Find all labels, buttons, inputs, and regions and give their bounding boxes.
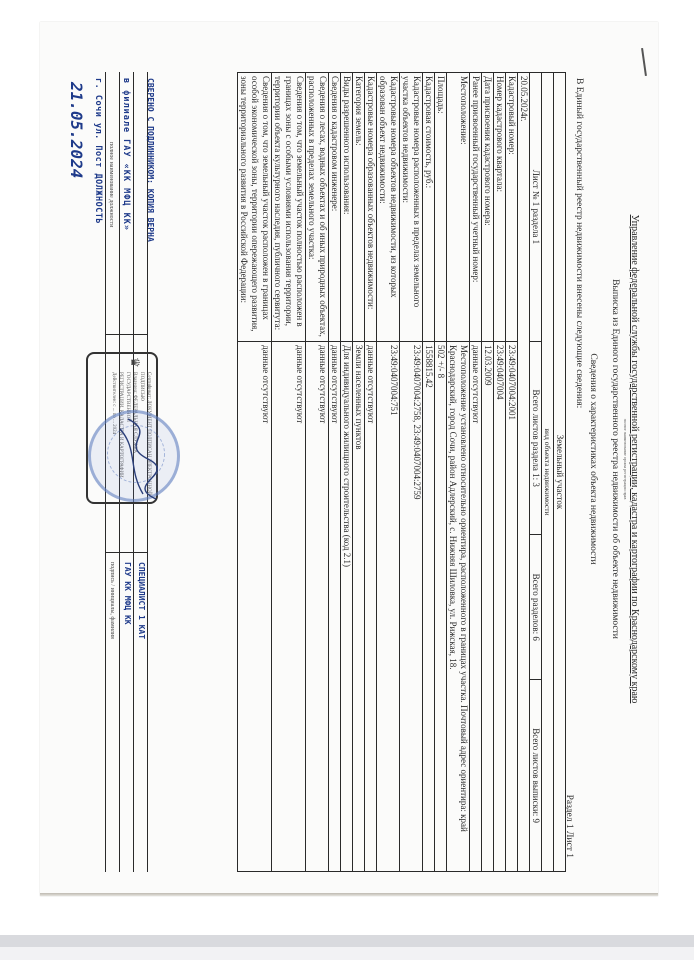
organization-stamp: ГАУ КК МФЦ КК: [123, 562, 132, 625]
object-type-caption: вид объекта недвижимости: [542, 73, 554, 872]
table-row: Кадастровая стоимость, руб.:1558815.42: [423, 73, 435, 872]
row-value: 12.03.2009: [482, 342, 494, 872]
table-row: Категория земель:Земли населенных пункто…: [353, 73, 365, 872]
row-label: Площадь:: [435, 73, 447, 342]
row-label: Сведения о кадастровом инженере:: [329, 73, 341, 342]
authority-name: Управление федеральной службы государств…: [629, 22, 640, 896]
row-label: Категория земель:: [353, 73, 365, 342]
total-sections: Всего разделов: 6: [530, 535, 542, 680]
table-row: Сведения о том, что земельный участок по…: [272, 73, 306, 872]
row-value: данные отсутствуют: [470, 342, 482, 872]
row-value: Земли населенных пунктов: [353, 342, 365, 872]
coat-of-arms-icon: ♛: [131, 357, 138, 368]
row-value: 23:49:0407004: [494, 342, 506, 872]
table-row: Площадь:502 +/- 8: [435, 73, 447, 872]
address-stamp: г. Сочи ул. Пост ДОЛЖНОСТЬ: [93, 78, 103, 224]
row-value: 1558815.42: [423, 342, 435, 872]
property-rows: Кадастровый номер:23:49:0407004:2001Номе…: [238, 73, 518, 872]
table-row: Ранее присвоенный государственный учетны…: [470, 73, 482, 872]
row-label: Кадастровая стоимость, руб.:: [423, 73, 435, 342]
table-row: Кадастровые номера образованных объектов…: [365, 73, 377, 872]
signature-icon: [108, 414, 168, 504]
row-value: 23:49:0407004:2001: [506, 342, 518, 872]
table-row: Номер кадастрового квартала:23:49:040700…: [494, 73, 506, 872]
row-value: данные отсутствуют: [272, 342, 306, 872]
row-label: Кадастровые номера объектов недвижимости…: [377, 73, 400, 342]
row-label: Местоположение:: [447, 73, 470, 342]
property-table: Земельный участок вид объекта недвижимос…: [237, 72, 566, 872]
row-label: Сведения о лесах, водных объектах и об и…: [306, 73, 329, 342]
specialist-stamp: СПЕЦИАЛИСТ 1 КАТ: [137, 562, 146, 639]
row-label: Кадастровый номер:: [506, 73, 518, 342]
sheet-info-row: Лист № 1 раздела 1 Всего листов раздела …: [530, 73, 542, 872]
surname-caption: подпись / инициалы, фамилия: [109, 562, 118, 639]
table-row: Дата присвоения кадастрового номера:12.0…: [482, 73, 494, 872]
row-label: Сведения о том, что земельный участок ра…: [238, 73, 272, 342]
row-value: Местоположение установлено относительно …: [447, 342, 470, 872]
table-row: Кадастровые номера расположенных в преде…: [400, 73, 423, 872]
authority-caption: полное наименование органа регистрации п…: [623, 22, 628, 896]
surname-caption-text: подпись / инициалы, фамилия: [109, 562, 115, 639]
row-value: 23:49:0407004:2758, 23:49:0407004:2759: [400, 342, 423, 872]
row-value: данные отсутствуют: [329, 342, 341, 872]
object-type-row: Земельный участок: [554, 73, 566, 872]
total-sheets-extract: Всего листов выписки: 9: [530, 680, 542, 872]
row-label: Кадастровые номера образованных объектов…: [365, 73, 377, 342]
table-row: Сведения о кадастровом инженере:данные о…: [329, 73, 341, 872]
intro-text: В Единый государственный реестр недвижим…: [574, 78, 584, 408]
row-value: данные отсутствуют: [306, 342, 329, 872]
row-value: данные отсутствуют: [365, 342, 377, 872]
position-caption: полное наименование должности: [108, 142, 114, 227]
table-row: Сведения о том, что земельный участок ра…: [238, 73, 272, 872]
total-sheets-section: Всего листов раздела 1: 3: [530, 342, 542, 535]
document-subtitle: Сведения о характеристиках объекта недви…: [588, 22, 598, 896]
row-label: Ранее присвоенный государственный учетны…: [470, 73, 482, 342]
document-title: Выписка из Единого государственного реес…: [610, 22, 620, 896]
handwritten-date: 21.05.2024: [67, 82, 86, 178]
row-label: Сведения о том, что земельный участок по…: [272, 73, 306, 342]
table-row: Кадастровые номера объектов недвижимости…: [377, 73, 400, 872]
row-value: Для индивидуального жилищного строительс…: [341, 342, 353, 872]
row-value: данные отсутствуют: [238, 342, 272, 872]
copy-verified-stamp: СВЕРЕНО С ПОДЛИННИКОМ: КОПИЯ ВЕРНА: [146, 78, 155, 242]
row-label: Номер кадастрового квартала:: [494, 73, 506, 342]
extract-date: 20.05.2024г.: [518, 73, 530, 872]
bottom-toolbar: [0, 935, 694, 947]
row-label: Кадастровые номера расположенных в преде…: [400, 73, 423, 342]
object-type-caption-row: вид объекта недвижимости: [542, 73, 554, 872]
table-row: Местоположение:Местоположение установлен…: [447, 73, 470, 872]
divider: [106, 552, 148, 553]
date-row: 20.05.2024г.: [518, 73, 530, 872]
row-value: 502 +/- 8: [435, 342, 447, 872]
rotated-document: Управление федеральной службы государств…: [40, 22, 658, 896]
divider: [106, 334, 148, 335]
row-label: Виды разрешенного использования:: [341, 73, 353, 342]
sheet-number: Лист № 1 раздела 1: [530, 73, 542, 342]
row-value: 23:49:0407004:751: [377, 342, 400, 872]
table-row: Сведения о лесах, водных объектах и об и…: [306, 73, 329, 872]
table-row: Виды разрешенного использования:Для инди…: [341, 73, 353, 872]
table-row: Кадастровый номер:23:49:0407004:2001: [506, 73, 518, 872]
bottom-area: [0, 947, 694, 960]
row-label: Дата присвоения кадастрового номера:: [482, 73, 494, 342]
object-type: Земельный участок: [554, 76, 565, 868]
office-stamp: в филиале ГАУ «КК МФЦ КК»: [121, 78, 131, 231]
